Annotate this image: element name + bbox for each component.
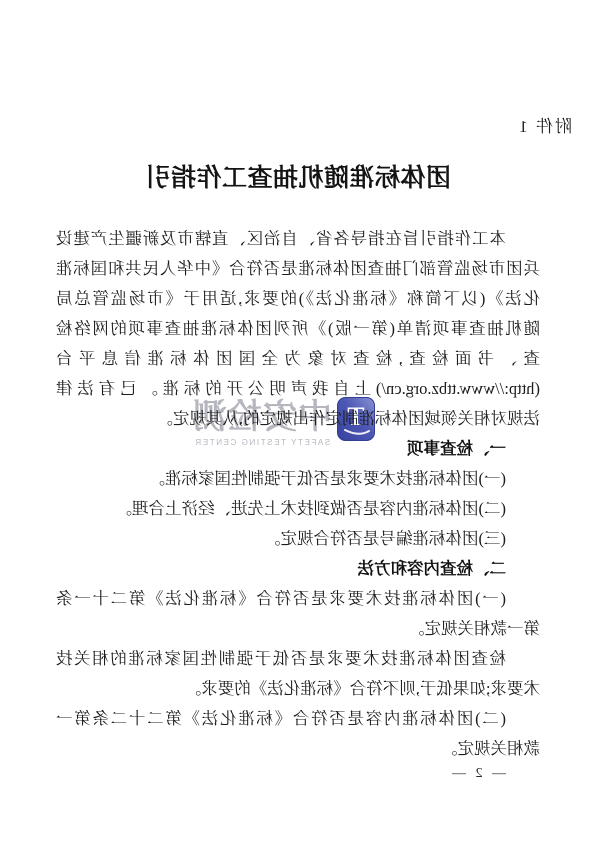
attachment-label: 附件 1 bbox=[517, 112, 572, 137]
text-line: 化法》(以下简称《标准化法》)的要求,适用于《市场监管总局 bbox=[56, 284, 540, 314]
text-line: 检查团体标准技术要求是否低于强制性国家标准的相关技 bbox=[56, 644, 540, 674]
text-line: 术要求;如果低于,则不符合《标准化法》的要求。 bbox=[56, 674, 540, 704]
body-text: 本工作指引旨在指导各省、自治区、直辖市及新疆生产建设兵团市场监管部门抽查团体标准… bbox=[56, 224, 540, 764]
text-line: 本工作指引旨在指导各省、自治区、直辖市及新疆生产建设 bbox=[56, 224, 540, 254]
text-line: (一)团体标准技术要求是否符合《标准化法》第二十一条 bbox=[56, 584, 540, 614]
text-line: (三)团体标准编号是否符合规定。 bbox=[56, 524, 540, 554]
text-line: 随机抽查事项清单(第一版)》所列团体标准抽查事项的网络检 bbox=[56, 314, 540, 344]
text-line: 查、书面检查,检查对象为全国团体标准信息平台 bbox=[56, 344, 540, 374]
text-line: (一)团体标准技术要求是否低于强制性国家标准。 bbox=[56, 464, 540, 494]
text-line: (二)团体标准内容是否符合《标准化法》第二十二条第一 bbox=[56, 704, 540, 734]
text-line: 款相关规定。 bbox=[56, 734, 540, 764]
mirrored-scan-surface: 附件 1 团体标准随机抽查工作指引 T 中安检测 SAFETY TESTING … bbox=[0, 0, 596, 842]
text-line: 法规对相关领域团体标准制定作出规定的,从其规定。 bbox=[56, 404, 540, 434]
document-page: 附件 1 团体标准随机抽查工作指引 T 中安检测 SAFETY TESTING … bbox=[0, 0, 596, 842]
text-line: 第一款相关规定。 bbox=[56, 614, 540, 644]
text-line: (二)团体标准内容是否做到技术上先进、经济上合理。 bbox=[56, 494, 540, 524]
text-line: 兵团市场监管部门抽查团体标准是否符合《中华人民共和国标准 bbox=[56, 254, 540, 284]
section-heading: 一、检查事项 bbox=[56, 434, 540, 464]
page-title: 团体标准随机抽查工作指引 bbox=[0, 158, 596, 194]
section-heading: 二、检查内容和方法 bbox=[56, 554, 540, 584]
page-number: — 2 — bbox=[449, 766, 506, 782]
text-line: (http://www.ttbz.org.cn/)上自我声明公开的标准。已有法律 bbox=[56, 374, 540, 404]
